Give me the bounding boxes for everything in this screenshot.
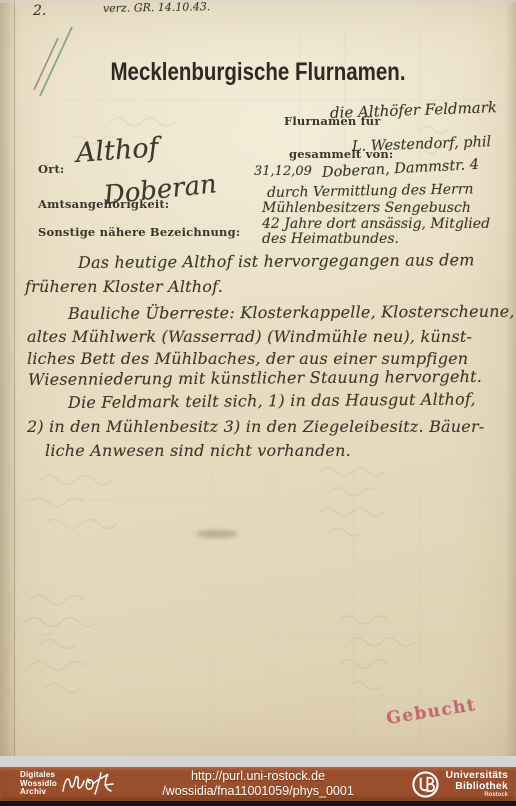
library-city: Rostock — [484, 792, 508, 799]
footer-bottom-edge — [0, 801, 516, 806]
ort-label: Ort: — [38, 162, 64, 176]
collector-line: Mühlenbesitzers Sengebusch — [262, 200, 471, 216]
page-fold-line — [14, 0, 15, 756]
page-right-edge — [506, 0, 516, 756]
flurnamen-value: die Althöfer Feldmark — [330, 98, 498, 122]
library-line: Bibliothek — [455, 781, 508, 792]
archive-scan-viewer: 2. verz. GR. 14.10.43. Mecklenburgische … — [0, 0, 516, 806]
body-line: Wiesenniederung mit künstlicher Stauung … — [28, 367, 482, 389]
body-line: Das heutige Althof ist hervorgegangen au… — [78, 250, 475, 272]
body-line: liche Anwesen sind nicht vorhanden. — [45, 441, 351, 460]
gesammelt-value: L. Westendorf, phil — [352, 134, 492, 155]
library-line: Universitäts — [445, 770, 508, 781]
ort-value: Althof — [75, 132, 160, 169]
page-left-edge — [0, 0, 18, 756]
registry-note: verz. GR. 14.10.43. — [103, 0, 211, 15]
body-line: 2) in den Mühlenbesitz 3) in den Ziegele… — [27, 417, 484, 436]
body-line: Bauliche Überreste: Klosterkappelle, Klo… — [68, 302, 515, 323]
form-title: Mecklenburgische Flurnamen. — [46, 58, 469, 87]
ub-rostock-logo-icon — [411, 770, 440, 799]
scanner-background-strip — [0, 756, 516, 767]
check-slash-marks — [0, 0, 100, 110]
university-library-brand: Universitäts Bibliothek Rostock — [411, 770, 508, 799]
body-line: früheren Kloster Althof. — [25, 277, 223, 296]
body-line: liches Bett des Mühlbaches, der aus eine… — [27, 349, 468, 368]
date-note: 31,12,09 — [254, 164, 312, 179]
sonstige-bezeichnung-label: Sonstige nähere Bezeichnung: — [38, 225, 240, 239]
footer-bar: Digitales Wossidlo Archiv http://purl.un… — [0, 767, 516, 801]
ink-smudge — [196, 530, 238, 538]
collector-line: des Heimatbundes. — [262, 231, 399, 247]
gebucht-stamp: Gebucht — [385, 695, 478, 729]
scanned-document-page: 2. verz. GR. 14.10.43. Mecklenburgische … — [0, 0, 516, 756]
body-line: altes Mühlwerk (Wasserrad) (Windmühle ne… — [27, 327, 472, 346]
body-line: Die Feldmark teilt sich, 1) in das Hausg… — [68, 389, 476, 412]
collector-line: 42 Jahre dort ansässig, Mitglied — [262, 216, 490, 232]
amtsangehoerigkeit-value: Doberan — [102, 169, 218, 211]
collector-line: durch Vermittlung des Herrn — [267, 181, 474, 201]
